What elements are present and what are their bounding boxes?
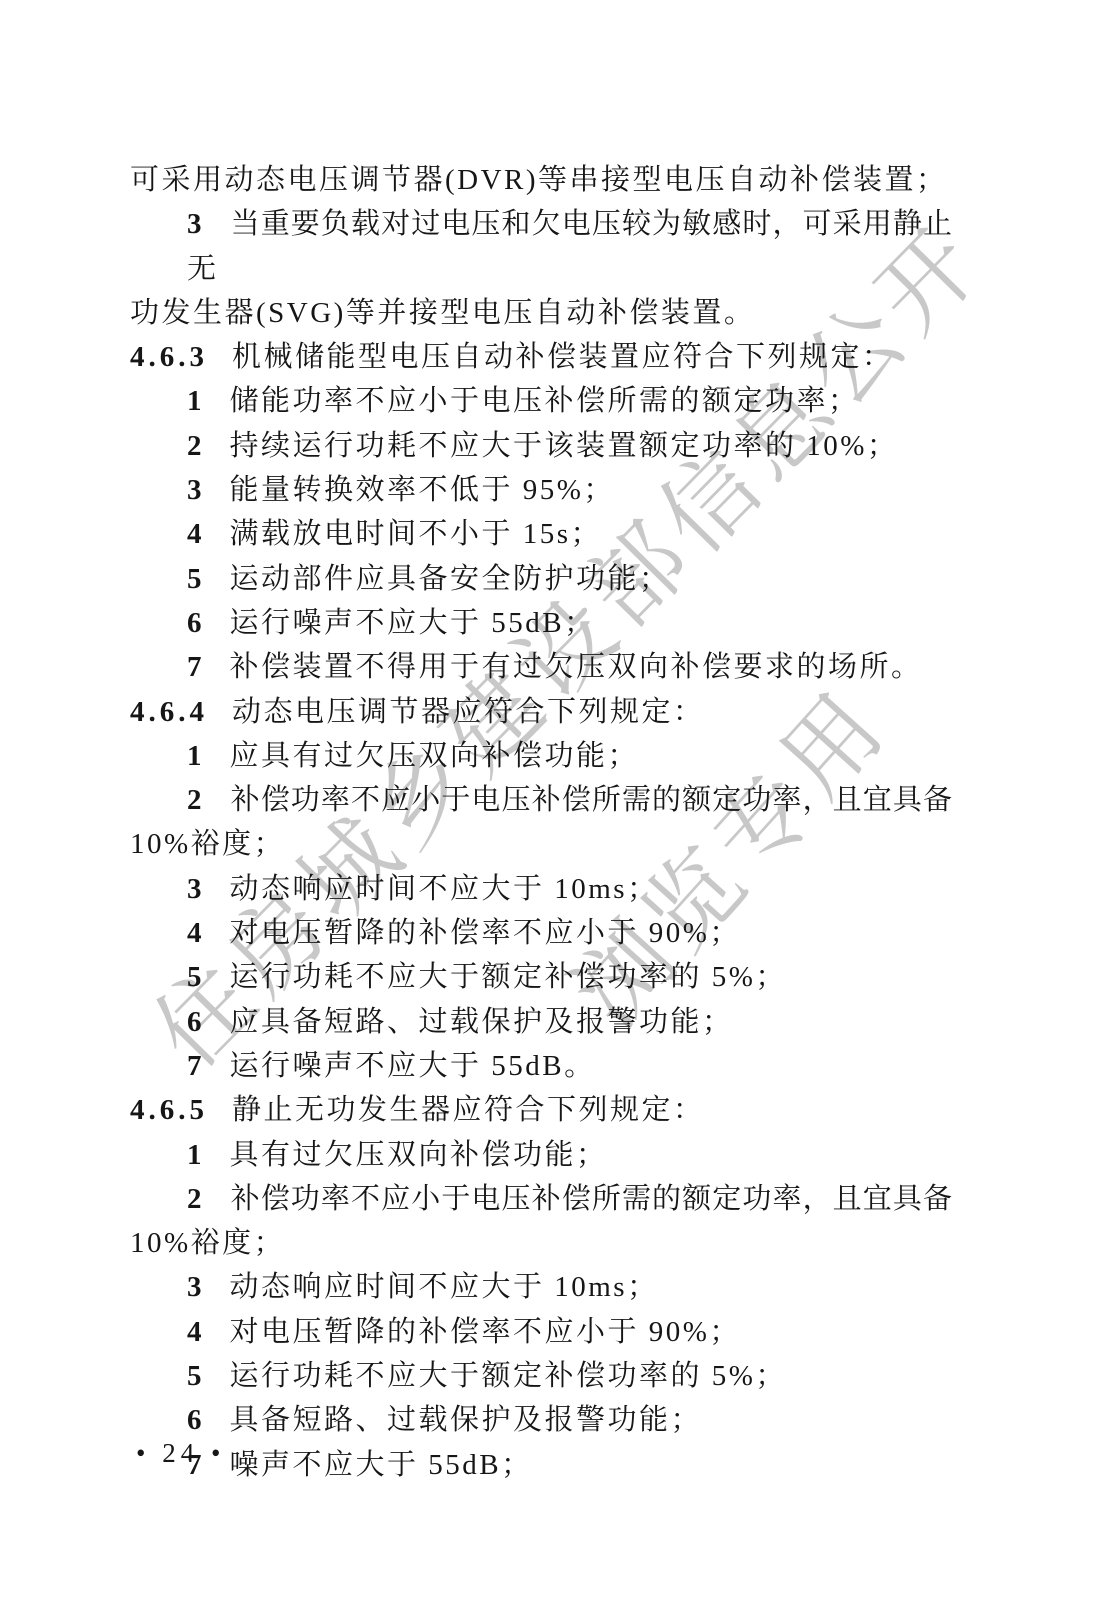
- line-text: 运行功耗不应大于额定补偿功率的 5%；: [230, 961, 787, 993]
- text-line: 1具有过欠压双向补偿功能；: [130, 1133, 952, 1177]
- item-number: 7: [187, 651, 202, 683]
- item-number: 3: [187, 873, 202, 905]
- text-line: 4满载放电时间不小于 15s；: [130, 512, 952, 556]
- item-number: 6: [187, 1006, 202, 1038]
- line-text: 动态响应时间不应大于 10ms；: [230, 1271, 659, 1303]
- text-line: 6运行噪声不应大于 55dB；: [130, 601, 952, 645]
- line-text: 补偿装置不得用于有过欠压双向补偿要求的场所。: [230, 651, 923, 683]
- line-text: 噪声不应大于 55dB；: [230, 1449, 533, 1481]
- item-number: 5: [187, 563, 202, 595]
- line-text: 补偿功率不应小于电压补偿所需的额定功率，且宜具备: [230, 1183, 953, 1215]
- item-number: 6: [187, 607, 202, 639]
- text-line: 可采用动态电压调节器(DVR)等串接型电压自动补偿装置；: [130, 158, 952, 202]
- line-text: 当重要负载对过电压和欠电压较为敏感时，可采用静止无: [187, 208, 952, 284]
- line-text: 运动部件应具备安全防护功能；: [230, 563, 671, 595]
- item-number: 3: [187, 474, 202, 506]
- text-line: 2补偿功率不应小于电压补偿所需的额定功率，且宜具备: [130, 778, 952, 822]
- text-line: 7运行噪声不应大于 55dB。: [130, 1044, 952, 1088]
- text-line: 4.6.4动态电压调节器应符合下列规定：: [130, 690, 952, 734]
- clause-number: 4.6.4: [130, 696, 208, 728]
- item-number: 1: [187, 740, 202, 772]
- body-text: 可采用动态电压调节器(DVR)等串接型电压自动补偿装置；3当重要负载对过电压和欠…: [130, 158, 952, 1487]
- line-text: 对电压暂降的补偿率不应小于 90%；: [230, 917, 741, 949]
- line-text: 功发生器(SVG)等并接型电压自动补偿装置。: [130, 297, 755, 329]
- item-number: 6: [187, 1404, 202, 1436]
- line-text: 持续运行功耗不应大于该装置额定功率的 10%；: [230, 430, 899, 462]
- text-line: 1储能功率不应小于电压补偿所需的额定功率；: [130, 379, 952, 423]
- line-text: 应具备短路、过载保护及报警功能；: [230, 1006, 734, 1038]
- text-line: 5运行功耗不应大于额定补偿功率的 5%；: [130, 1354, 952, 1398]
- item-number: 1: [187, 1139, 202, 1171]
- text-line: 功发生器(SVG)等并接型电压自动补偿装置。: [130, 291, 952, 335]
- item-number: 2: [187, 430, 202, 462]
- text-line: 4对电压暂降的补偿率不应小于 90%；: [130, 911, 952, 955]
- text-line: 10%裕度；: [130, 822, 952, 866]
- item-number: 3: [187, 1271, 202, 1303]
- line-text: 10%裕度；: [130, 1227, 285, 1259]
- line-text: 运行噪声不应大于 55dB。: [230, 1050, 596, 1082]
- line-text: 满载放电时间不小于 15s；: [230, 518, 603, 550]
- clause-number: 4.6.3: [130, 341, 208, 373]
- line-text: 储能功率不应小于电压补偿所需的额定功率；: [230, 385, 860, 417]
- text-line: 4对电压暂降的补偿率不应小于 90%；: [130, 1310, 952, 1354]
- text-line: 1应具有过欠压双向补偿功能；: [130, 734, 952, 778]
- item-number: 4: [187, 518, 202, 550]
- clause-number: 4.6.5: [130, 1094, 208, 1126]
- text-line: 2补偿功率不应小于电压补偿所需的额定功率，且宜具备: [130, 1177, 952, 1221]
- text-line: 3动态响应时间不应大于 10ms；: [130, 867, 952, 911]
- text-line: 5运行功耗不应大于额定补偿功率的 5%；: [130, 955, 952, 999]
- text-line: 7补偿装置不得用于有过欠压双向补偿要求的场所。: [130, 645, 952, 689]
- line-text: 静止无功发生器应符合下列规定：: [232, 1094, 705, 1126]
- line-text: 补偿功率不应小于电压补偿所需的额定功率，且宜具备: [230, 784, 953, 816]
- item-number: 1: [187, 385, 202, 417]
- line-text: 对电压暂降的补偿率不应小于 90%；: [230, 1316, 741, 1348]
- line-text: 具有过欠压双向补偿功能；: [230, 1139, 608, 1171]
- item-number: 5: [187, 961, 202, 993]
- text-line: 5运动部件应具备安全防护功能；: [130, 557, 952, 601]
- line-text: 运行功耗不应大于额定补偿功率的 5%；: [230, 1360, 787, 1392]
- text-line: 4.6.3机械储能型电压自动补偿装置应符合下列规定：: [130, 335, 952, 379]
- text-line: 4.6.5静止无功发生器应符合下列规定：: [130, 1088, 952, 1132]
- page-number: • 24 •: [136, 1438, 225, 1469]
- line-text: 具备短路、过载保护及报警功能；: [230, 1404, 703, 1436]
- text-line: 6具备短路、过载保护及报警功能；: [130, 1398, 952, 1442]
- line-text: 动态电压调节器应符合下列规定：: [232, 696, 705, 728]
- text-line: 2持续运行功耗不应大于该装置额定功率的 10%；: [130, 424, 952, 468]
- line-text: 机械储能型电压自动补偿装置应符合下列规定：: [232, 341, 894, 373]
- document-page: 住房城乡建设部信息公开 浏览专用 可采用动态电压调节器(DVR)等串接型电压自动…: [0, 0, 1103, 1599]
- line-text: 运行噪声不应大于 55dB；: [230, 607, 596, 639]
- item-number: 2: [187, 1183, 202, 1215]
- item-number: 7: [187, 1050, 202, 1082]
- line-text: 可采用动态电压调节器(DVR)等串接型电压自动补偿装置；: [130, 164, 948, 196]
- text-line: 10%裕度；: [130, 1221, 952, 1265]
- text-line: 3能量转换效率不低于 95%；: [130, 468, 952, 512]
- item-number: 2: [187, 784, 202, 816]
- item-number: 4: [187, 917, 202, 949]
- text-line: 7噪声不应大于 55dB；: [130, 1443, 952, 1487]
- item-number: 4: [187, 1316, 202, 1348]
- line-text: 动态响应时间不应大于 10ms；: [230, 873, 659, 905]
- line-text: 应具有过欠压双向补偿功能；: [230, 740, 640, 772]
- item-number: 5: [187, 1360, 202, 1392]
- text-line: 6应具备短路、过载保护及报警功能；: [130, 1000, 952, 1044]
- line-text: 能量转换效率不低于 95%；: [230, 474, 615, 506]
- text-line: 3当重要负载对过电压和欠电压较为敏感时，可采用静止无: [130, 202, 952, 291]
- text-line: 3动态响应时间不应大于 10ms；: [130, 1265, 952, 1309]
- line-text: 10%裕度；: [130, 828, 285, 860]
- item-number: 3: [187, 208, 202, 240]
